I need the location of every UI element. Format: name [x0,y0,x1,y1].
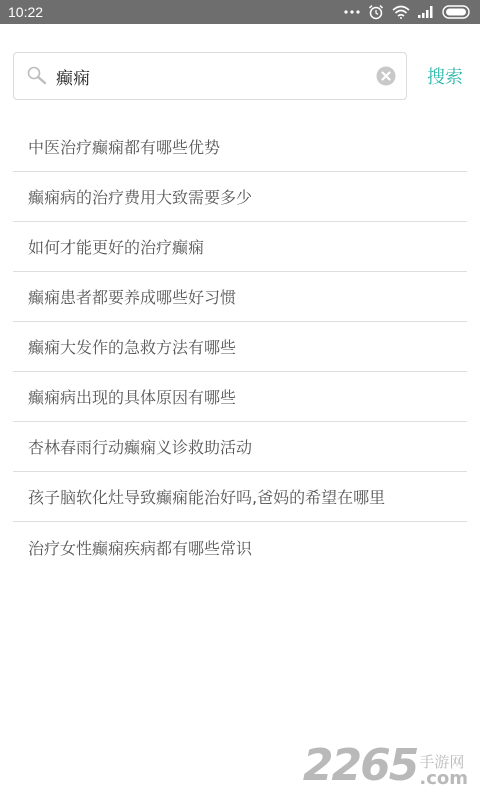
result-item[interactable]: 杏林春雨行动癫痫义诊救助活动 [13,422,467,472]
search-button[interactable]: 搜索 [427,63,463,89]
result-item[interactable]: 癫痫病的治疗费用大致需要多少 [13,172,467,222]
result-item[interactable]: 孩子脑软化灶导致癫痫能治好吗,爸妈的希望在哪里 [13,472,467,522]
more-dots-icon [344,9,360,15]
watermark-logo: 2265 手游网 .com [303,744,468,788]
search-row: 搜索 [0,24,480,114]
close-circle-icon [376,66,396,86]
watermark-number: 2265 [303,744,417,788]
alarm-icon [368,4,384,20]
status-bar: 10:22 [0,0,480,24]
search-results-list: 中医治疗癫痫都有哪些优势 癫痫病的治疗费用大致需要多少 如何才能更好的治疗癫痫 … [13,122,467,572]
result-item[interactable]: 癫痫病出现的具体原因有哪些 [13,372,467,422]
watermark-com: .com [419,770,468,788]
result-item[interactable]: 治疗女性癫痫疾病都有哪些常识 [13,522,467,572]
signal-icon [418,6,434,18]
search-input[interactable] [56,66,376,86]
search-icon [26,65,48,87]
battery-icon [442,5,472,19]
status-time: 10:22 [8,4,43,20]
watermark-side: 手游网 .com [419,755,468,788]
status-icons [344,4,472,20]
clear-search-button[interactable] [376,66,396,86]
result-item[interactable]: 癫痫大发作的急救方法有哪些 [13,322,467,372]
result-item[interactable]: 中医治疗癫痫都有哪些优势 [13,122,467,172]
search-box[interactable] [13,52,407,100]
result-item[interactable]: 如何才能更好的治疗癫痫 [13,222,467,272]
result-item[interactable]: 癫痫患者都要养成哪些好习惯 [13,272,467,322]
wifi-icon [392,5,410,19]
